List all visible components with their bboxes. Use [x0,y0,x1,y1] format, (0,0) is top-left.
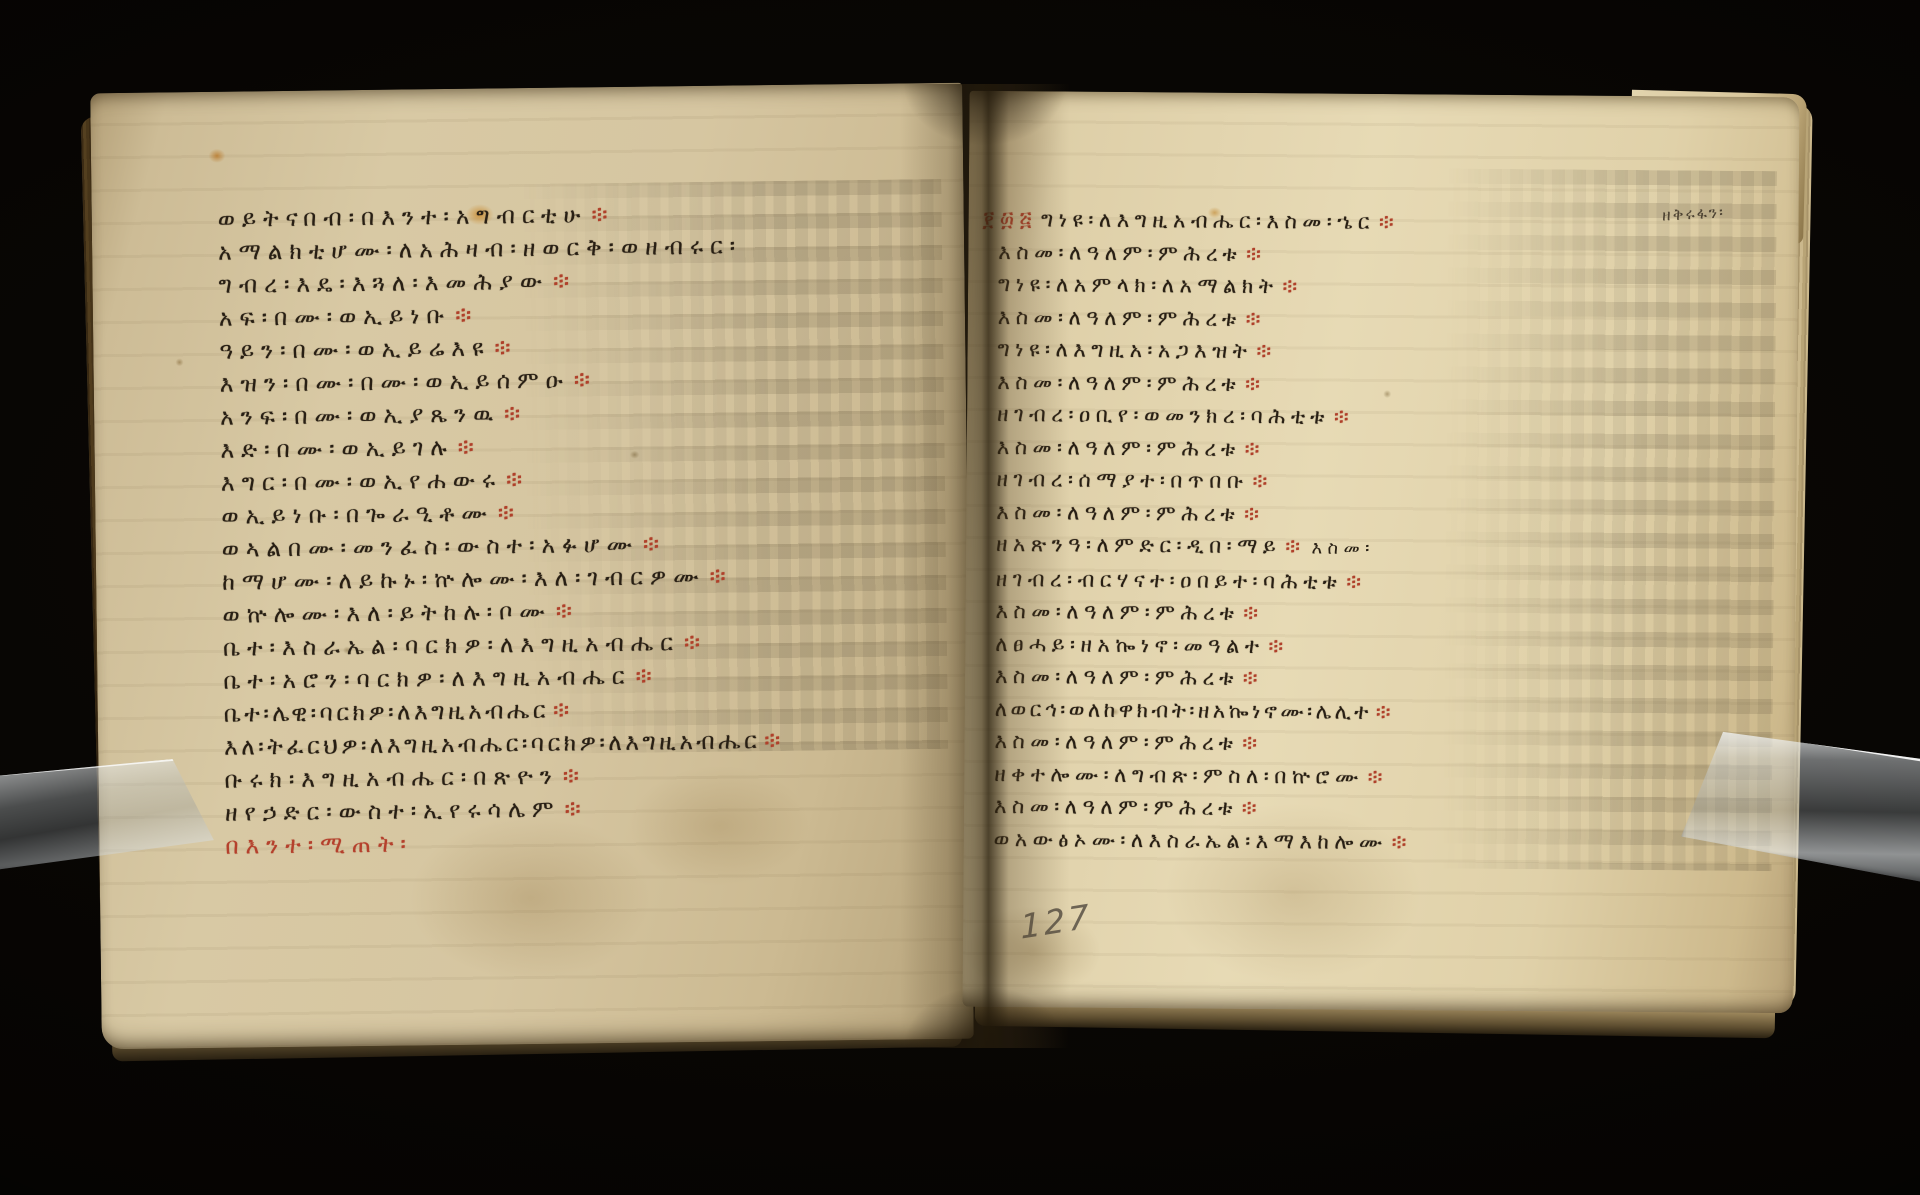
verse-divider-mark: ፨ [1246,306,1266,330]
verse-divider-mark: ፨ [1245,436,1265,460]
line-text: ግነዩ፡ለእግዚአ፡አጋእዝት [997,337,1252,363]
line-text: ዘአጽንዓ፡ለምድር፡ዲበ፡ማይ [996,532,1281,558]
verse-divider-mark: ፨ [591,202,614,228]
manuscript-line: እስመ፡ለዓለም፡ምሕረቱ፨ [994,790,1412,826]
line-text: ወአውፅኦሙ፡ለእስራኤል፡እማእከሎሙ [994,826,1388,853]
manuscript-line: ለወርኅ፡ወለከዋክብት፡ዘአኰነኖሙ፡ሌሊተ፨ [995,692,1413,728]
verse-divider-mark: ፨ [504,401,527,427]
manuscript-line: ግነዩ፡ለእግዚአ፡አጋእዝት፨ [997,333,1415,369]
verse-divider-mark: ፨ [498,500,521,526]
verse-divider-mark: ፨ [1256,339,1276,363]
verse-divider-mark: ፨ [553,698,573,724]
verse-divider-mark: ፨ [574,367,597,393]
marginal-corner-note: ዘቅሩፋን፡ [1662,202,1726,225]
line-text: እስመ፡ለዓለም፡ምሕረቱ [994,794,1238,820]
verse-divider-mark: ፨ [1334,405,1354,429]
line-text: ቤተ፡ሌዊ፡ባርክዎ፡ለእግዚአብሔር [224,698,550,728]
left-manuscript-page: ወይትናበብ፡በእንተ፡አግብርቲሁ፨አማልክቲሆሙ፡ለአሕዛብ፡ዘወርቅ፡ወዘ… [90,83,974,1050]
manuscript-line: እስመ፡ለዓለም፡ምሕረቱ፨ [995,660,1413,696]
line-text: ቤተ፡አሮን፡ባርክዎ፡ለእግዚአብሔር [223,664,631,695]
manuscript-line: ዘአጽንዓ፡ለምድር፡ዲበ፡ማይ፨እስመ፡ [996,528,1414,566]
manuscript-line: እስመ፡ለዓለም፡ምሕረቱ፨ [997,430,1415,466]
verse-divider-mark: ፨ [1242,796,1262,820]
manuscript-line: እስመ፡ለዓለም፡ምሕረቱ፨ [998,300,1416,336]
line-text: እዝን፡በሙ፡በሙ፡ወኢይሰምዑ [220,368,570,398]
manuscript-line: እስመ፡ለዓለም፡ምሕረቱ፨ [996,495,1414,531]
line-text: እግር፡በሙ፡ወኢየሐውሩ [221,467,502,496]
verse-divider-mark: ፨ [1244,501,1264,525]
manuscript-line: ዘገብረ፡ዐቢየ፡ወመንክረ፡ባሕቲቱ፨ [997,398,1415,434]
manuscript-line: እስመ፡ለዓለም፡ምሕረቱ፨ [995,595,1413,631]
verse-divider-mark: ፨ [1379,210,1399,234]
line-text: አንፍ፡በሙ፡ወኢያጼንዉ [220,401,500,430]
line-text: ቤተ፡እስራኤል፡ባርክዎ፡ለእግዚአብሔር [223,630,680,662]
manuscript-line: ዘገብረ፡ሰማያተ፡በጥበቡ፨ [996,463,1414,499]
verse-divider-mark: ፨ [553,268,576,294]
verse-divider-mark: ፨ [1243,601,1263,625]
line-text: እስመ፡ለዓለም፡ምሕረቱ [997,369,1241,395]
line-text: እለ፡ትፈርህዎ፡ለእግዚአብሔር፡ባርክዎ፡ለእግዚአብሔር [224,728,760,761]
verse-divider-mark: ፨ [1242,731,1262,755]
line-suffix-text: እስመ፡ [1311,537,1375,558]
manuscript-line: እስመ፡ለዓለም፡ምሕረቱ፨ [994,725,1412,761]
verse-divider-mark: ፨ [1282,274,1302,298]
manuscript-photo: ወይትናበብ፡በእንተ፡አግብርቲሁ፨አማልክቲሆሙ፡ለአሕዛብ፡ዘወርቅ፡ወዘ… [0,0,1920,1195]
line-text: ወይትናበብ፡በእንተ፡አግብርቲሁ [218,202,588,233]
verse-divider-mark: ፨ [709,564,732,590]
left-page-text-block: ወይትናበብ፡በእንተ፡አግብርቲሁ፨አማልክቲሆሙ፡ለአሕዛብ፡ዘወርቅ፡ወዘ… [218,197,786,864]
verse-divider-mark: ፨ [564,796,587,822]
line-text: ዘቀተሎሙ፡ለግብጽ፡ምስለ፡በኵሮሙ [994,761,1364,788]
line-text: ግብረ፡እዴ፡እጓለ፡እመሕያው [218,269,549,299]
verse-divider-mark: ፨ [1253,469,1273,493]
line-text: እስመ፡ለዓለም፡ምሕረቱ [995,599,1239,625]
verse-divider-mark: ፨ [764,728,784,754]
line-text: እስመ፡ለዓለም፡ምሕረቱ [997,434,1241,460]
line-text: ቡሩክ፡እግዚአብሔር፡በጽዮን [224,764,559,794]
rubric-line: በእንተ፡ሚጠት፡ [225,824,785,864]
line-text: ለፀሓይ፡ዘአኰነኖ፡መዓልተ [995,631,1264,657]
right-manuscript-page: ፻፴፭ግነዩ፡ለእግዚአብሔር፡እስመ፡ኄር፨እስመ፡ለዓለም፡ምሕረቱ፨ግነዩ… [962,91,1799,1013]
verse-divider-mark: ፨ [458,435,481,461]
verse-divider-mark: ፨ [1346,569,1366,593]
manuscript-line: እስመ፡ለዓለም፡ምሕረቱ፨ [997,365,1415,401]
line-text: ከማሆሙ፡ለይኩኑ፡ኵሎሙ፡እለ፡ገብርዎሙ [222,564,706,596]
manuscript-line: ግነዩ፡ለአምላክ፡ለአማልክት፨ [998,268,1416,304]
verse-divider-mark: ፨ [1268,634,1288,658]
verse-divider-mark: ፨ [1245,371,1265,395]
verse-divider-mark: ፨ [684,630,707,656]
manuscript-line: እስመ፡ለዓለም፡ምሕረቱ፨ [998,235,1416,271]
manuscript-line: እለ፡ትፈርህዎ፡ለእግዚአብሔር፡ባርክዎ፡ለእግዚአብሔር፨ [224,725,784,765]
line-text: ግነዩ፡ለእግዚአብሔር፡እስመ፡ኄር [1041,207,1375,234]
verse-divider-mark: ፨ [1368,764,1388,788]
line-text: እስመ፡ለዓለም፡ምሕረቱ [994,729,1238,755]
manuscript-line: ፻፴፭ግነዩ፡ለእግዚአብሔር፡እስመ፡ኄር፨ [998,203,1416,239]
manuscript-line: ከማሆሙ፡ለይኩኑ፡ኵሎሙ፡እለ፡ገብርዎሙ፨ [222,560,782,600]
verse-divider-mark: ፨ [1243,666,1263,690]
manuscript-line: ወአውፅኦሙ፡ለእስራኤል፡እማእከሎሙ፨ [994,822,1412,858]
verse-divider-mark: ፨ [494,335,517,361]
line-text: ወኢይነቡ፡በጐራዒቶሙ [221,500,494,529]
verse-divider-mark: ፨ [1392,830,1412,854]
verse-divider-mark: ፨ [455,303,478,329]
line-text: ዘገብረ፡ሰማያተ፡በጥበቡ [996,467,1248,493]
verse-divider-mark: ፨ [563,763,586,789]
line-text: ዓይን፡በሙ፡ወኢይሬእዩ [219,335,490,364]
line-text: በእንተ፡ሚጠት፡ [225,831,413,859]
verse-divider-mark: ፨ [1246,241,1266,265]
verse-divider-mark: ፨ [635,663,658,689]
line-text: አፍ፡በሙ፡ወኢይነቡ [219,303,452,332]
line-text: ዘገብረ፡ብርሃናተ፡ዐበይተ፡ባሕቲቱ [996,566,1343,593]
show-through-text-right [1442,169,1777,872]
verse-divider-mark: ፨ [1285,534,1305,558]
line-text: እስመ፡ለዓለም፡ምሕረቱ [998,239,1242,265]
line-text: ግነዩ፡ለአምላክ፡ለአማልክት [998,272,1279,298]
line-text: እስመ፡ለዓለም፡ምሕረቱ [996,499,1240,525]
line-text: ለወርኅ፡ወለከዋክብት፡ዘአኰነኖሙ፡ሌሊተ [995,696,1372,723]
line-text: ወኣልበሙ፡መንፈስ፡ውስተ፡አፉሆሙ [222,532,639,563]
line-text: ወኵሎሙ፡እለ፡ይትከሉ፡ቦሙ [222,599,551,629]
verse-divider-mark: ፨ [506,467,529,493]
manuscript-line: ቤተ፡እስራኤል፡ባርክዎ፡ለእግዚአብሔር፨ [223,626,783,666]
line-text: ዘገብረ፡ዐቢየ፡ወመንክረ፡ባሕቲቱ [997,402,1330,429]
manuscript-line: ለፀሓይ፡ዘአኰነኖ፡መዓልተ፨ [995,627,1413,663]
line-text: እድ፡በሙ፡ወኢይገሉ [220,435,453,464]
verse-divider-mark: ፨ [1376,699,1394,723]
line-text: ዘየኃድር፡ውስተ፡ኢየሩሳሌም [225,797,561,827]
verse-divider-mark: ፨ [556,598,579,624]
line-text: አማልክቲሆሙ፡ለአሕዛብ፡ዘወርቅ፡ወዘብሩር፡ [218,233,742,265]
manuscript-line: አማልክቲሆሙ፡ለአሕዛብ፡ዘወርቅ፡ወዘብሩር፡ [218,230,778,270]
psalm-number-rubric: ፻፴፭ [983,207,1038,231]
right-page-text-block: ፻፴፭ግነዩ፡ለእግዚአብሔር፡እስመ፡ኄር፨እስመ፡ለዓለም፡ምሕረቱ፨ግነዩ… [994,203,1417,858]
manuscript-line: ዘገብረ፡ብርሃናተ፡ዐበይተ፡ባሕቲቱ፨ [996,562,1414,598]
line-text: እስመ፡ለዓለም፡ምሕረቱ [998,304,1242,330]
line-text: እስመ፡ለዓለም፡ምሕረቱ [995,664,1239,690]
verse-divider-mark: ፨ [643,531,666,557]
manuscript-line: ዘቀተሎሙ፡ለግብጽ፡ምስለ፡በኵሮሙ፨ [994,757,1412,793]
